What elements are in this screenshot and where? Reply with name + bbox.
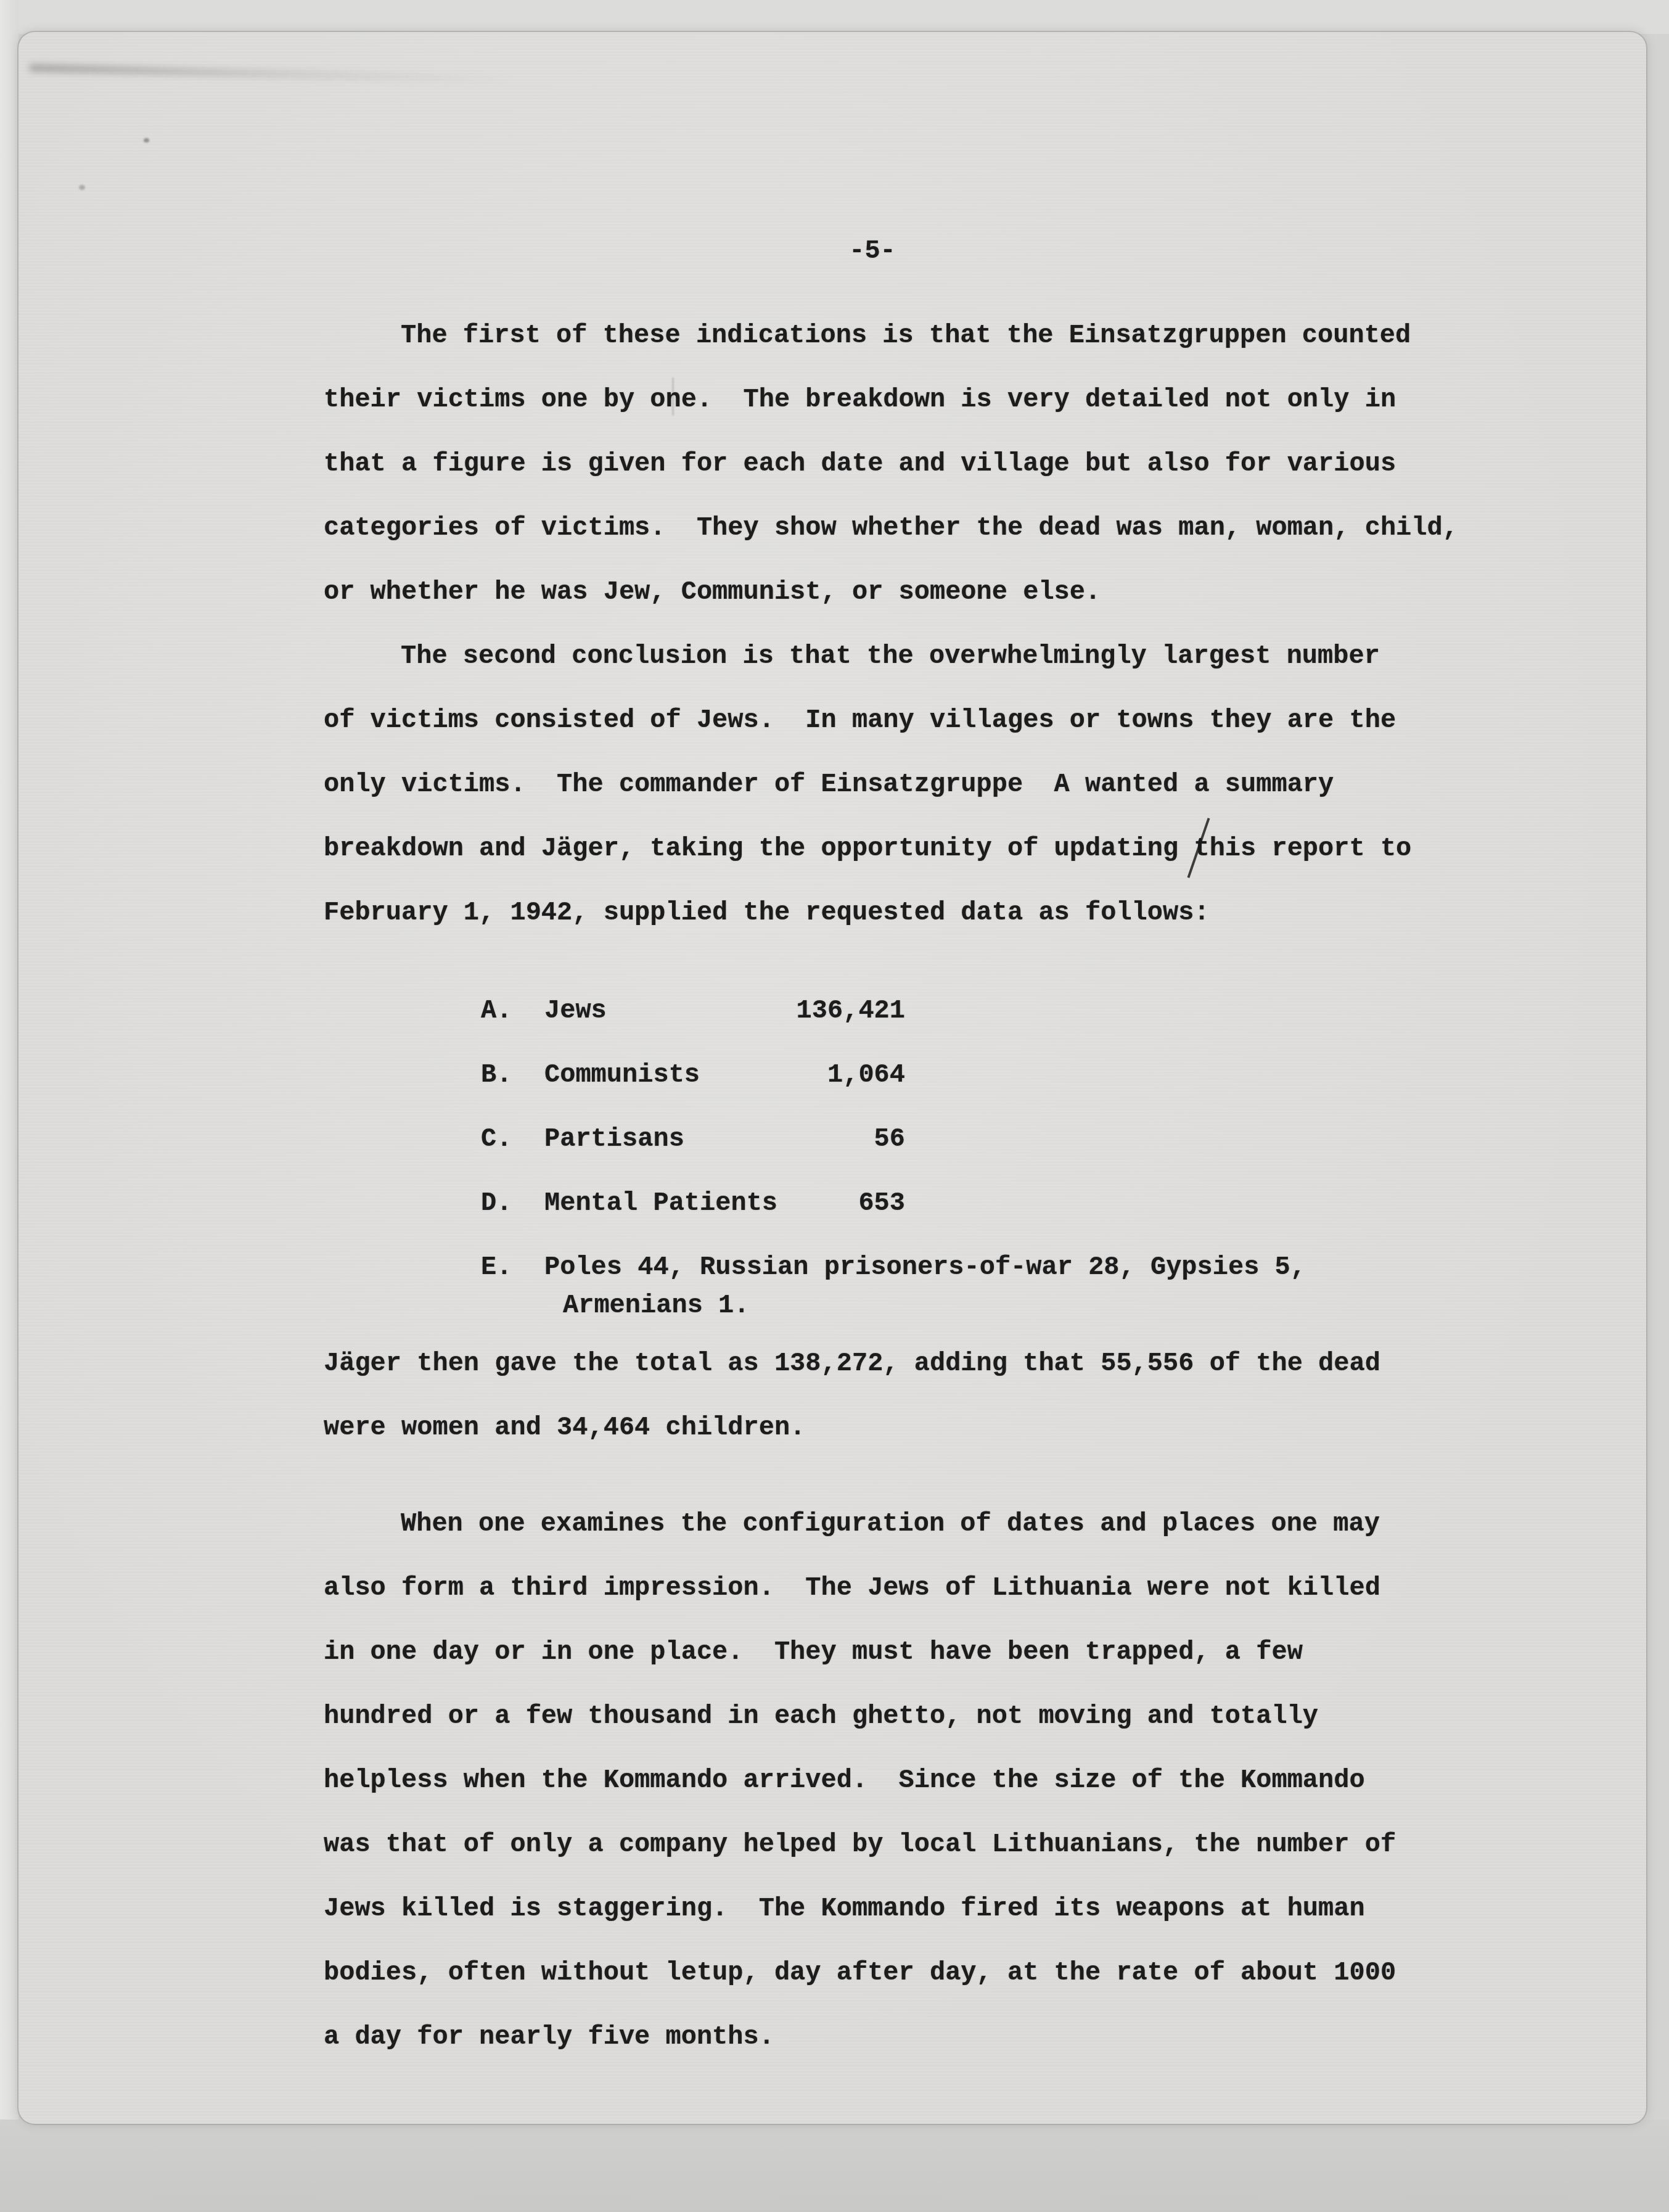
typescript-line: Jäger then gave the total as 138,272, ad…	[324, 1331, 1495, 1396]
paragraph-3: When one examines the configuration of d…	[324, 1492, 1495, 2069]
list-item-label: D.	[481, 1171, 544, 1235]
casualty-summary-list: A. Jews 136,421 B. Communists 1,064 C. P…	[324, 979, 1495, 1338]
list-item-category: Mental Patients	[544, 1171, 858, 1235]
typescript-line: When one examines the configuration of d…	[324, 1492, 1495, 1556]
list-item-d: D. Mental Patients 653	[481, 1171, 905, 1235]
page-number: -5-	[324, 219, 1421, 283]
list-item-value: 653	[858, 1171, 905, 1235]
typescript-line: was that of only a company helped by loc…	[324, 1812, 1495, 1877]
typescript-line: breakdown and Jäger, taking the opportun…	[324, 816, 1495, 881]
list-item-e: E. Poles 44, Russian prisoners-of-war 28…	[481, 1235, 1495, 1338]
list-item-c: C. Partisans 56	[481, 1107, 905, 1171]
list-item-label: A.	[481, 979, 544, 1043]
dust-speck	[79, 185, 85, 190]
typescript-line: only victims. The commander of Einsatzgr…	[324, 752, 1495, 816]
typescript-line: or whether he was Jew, Communist, or som…	[324, 560, 1495, 624]
dust-speck	[144, 138, 149, 142]
typescript-line: helpless when the Kommando arrived. Sinc…	[324, 1748, 1495, 1812]
list-item-value: 136,421	[797, 979, 905, 1043]
list-item-value: 56	[874, 1107, 905, 1171]
typewritten-paper-sheet: -5- The first of these indications is th…	[18, 32, 1646, 2124]
list-item-a: A. Jews 136,421	[481, 979, 905, 1043]
list-item-category: Communists	[544, 1043, 827, 1107]
list-item-e-text: Poles 44, Russian prisoners-of-war 28, G…	[544, 1235, 1306, 1338]
list-item-label: E.	[481, 1235, 544, 1299]
typescript-line: of victims consisted of Jews. In many vi…	[324, 688, 1495, 752]
paragraph-1: The first of these indications is that t…	[324, 303, 1495, 624]
paragraph-2: The second conclusion is that the overwh…	[324, 624, 1495, 945]
list-item-category: Jews	[544, 979, 797, 1043]
typescript-line: hundred or a few thousand in each ghetto…	[324, 1684, 1495, 1748]
typescript-line: that a figure is given for each date and…	[324, 432, 1495, 496]
scan-backing-top	[0, 0, 1669, 34]
typescript-line: The first of these indications is that t…	[324, 303, 1495, 368]
typescript-line: Jews killed is staggering. The Kommando …	[324, 1877, 1495, 1941]
typescript-line: The second conclusion is that the overwh…	[324, 624, 1495, 688]
list-item-category: Partisans	[544, 1107, 874, 1171]
typescript-line: a day for nearly five months.	[324, 2005, 1495, 2069]
typescript-content: -5- The first of these indications is th…	[324, 32, 1495, 2069]
scanned-document-page: -5- The first of these indications is th…	[0, 0, 1669, 2212]
typescript-line: bodies, often without letup, day after d…	[324, 1941, 1495, 2005]
list-item-value: 1,064	[827, 1043, 905, 1107]
typescript-line: their victims one by one. The breakdown …	[324, 368, 1495, 432]
typescript-line: also form a third impression. The Jews o…	[324, 1556, 1495, 1620]
list-item-label: C.	[481, 1107, 544, 1171]
totals-paragraph: Jäger then gave the total as 138,272, ad…	[324, 1331, 1495, 1460]
scan-backing-bottom	[0, 2119, 1669, 2212]
typescript-line: were women and 34,464 children.	[324, 1396, 1495, 1460]
typescript-line: February 1, 1942, supplied the requested…	[324, 881, 1495, 945]
typescript-line: in one day or in one place. They must ha…	[324, 1620, 1495, 1684]
list-item-label: B.	[481, 1043, 544, 1107]
list-item-b: B. Communists 1,064	[481, 1043, 905, 1107]
typescript-line: categories of victims. They show whether…	[324, 496, 1495, 560]
scan-backing-left	[0, 0, 18, 2212]
